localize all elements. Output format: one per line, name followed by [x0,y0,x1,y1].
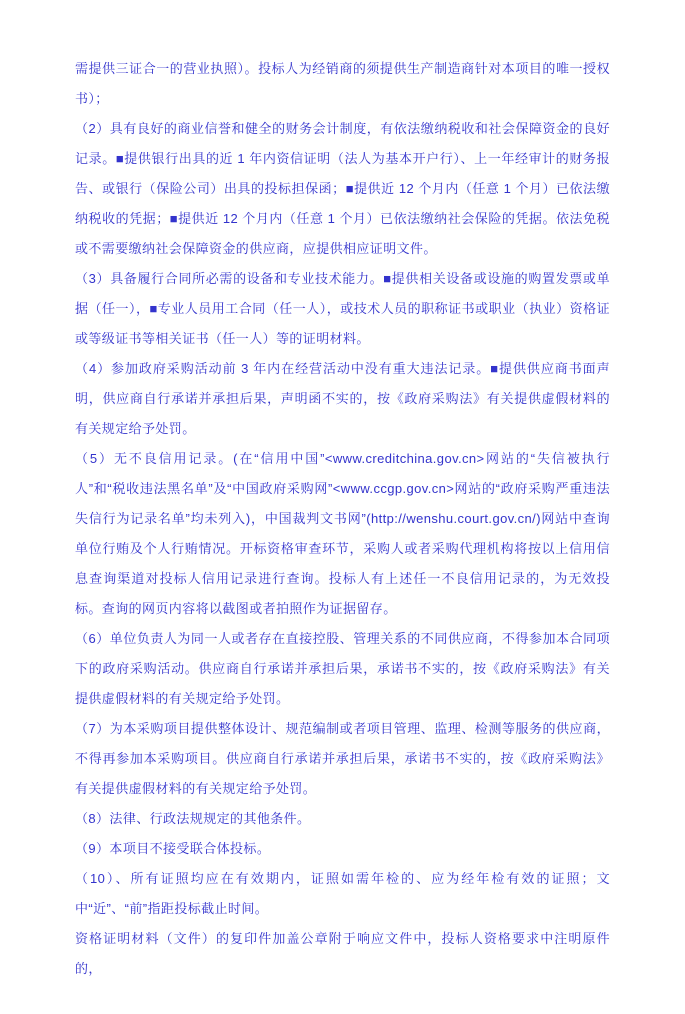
clause-9-no-consortium-bids: （9）本项目不接受联合体投标。 [75,834,610,864]
clause-10-certificate-validity: （10）、所有证照均应在有效期内，证照如需年检的、应为经年检有效的证照；文中“近… [75,864,610,924]
clause-8-other-legal-conditions: （8）法律、行政法规规定的其他条件。 [75,804,610,834]
clause-2-financial-credit: （2）具有良好的商业信誉和健全的财务会计制度，有依法缴纳税收和社会保障资金的良好… [75,114,610,264]
clause-5-credit-record: （5）无不良信用记录。(在“信用中国”<www.creditchina.gov.… [75,444,610,624]
clause-4-no-major-violations: （4）参加政府采购活动前 3 年内在经营活动中没有重大违法记录。■提供供应商书面… [75,354,610,444]
clause-3-equipment-capability: （3）具备履行合同所必需的设备和专业技术能力。■提供相关设备或设施的购置发票或单… [75,264,610,354]
paragraph-qualification-copies: 资格证明材料（文件）的复印件加盖公章附于响应文件中，投标人资格要求中注明原件的， [75,924,610,984]
clause-6-same-responsible-person: （6）单位负责人为同一人或者存在直接控股、管理关系的不同供应商，不得参加本合同项… [75,624,610,714]
document-page: 需提供三证合一的营业执照）。投标人为经销商的须提供生产制造商针对本项目的唯一授权… [0,0,685,1014]
clause-7-design-supervision-services: （7）为本采购项目提供整体设计、规范编制或者项目管理、监理、检测等服务的供应商，… [75,714,610,804]
paragraph-authorization-continuation: 需提供三证合一的营业执照）。投标人为经销商的须提供生产制造商针对本项目的唯一授权… [75,54,610,114]
